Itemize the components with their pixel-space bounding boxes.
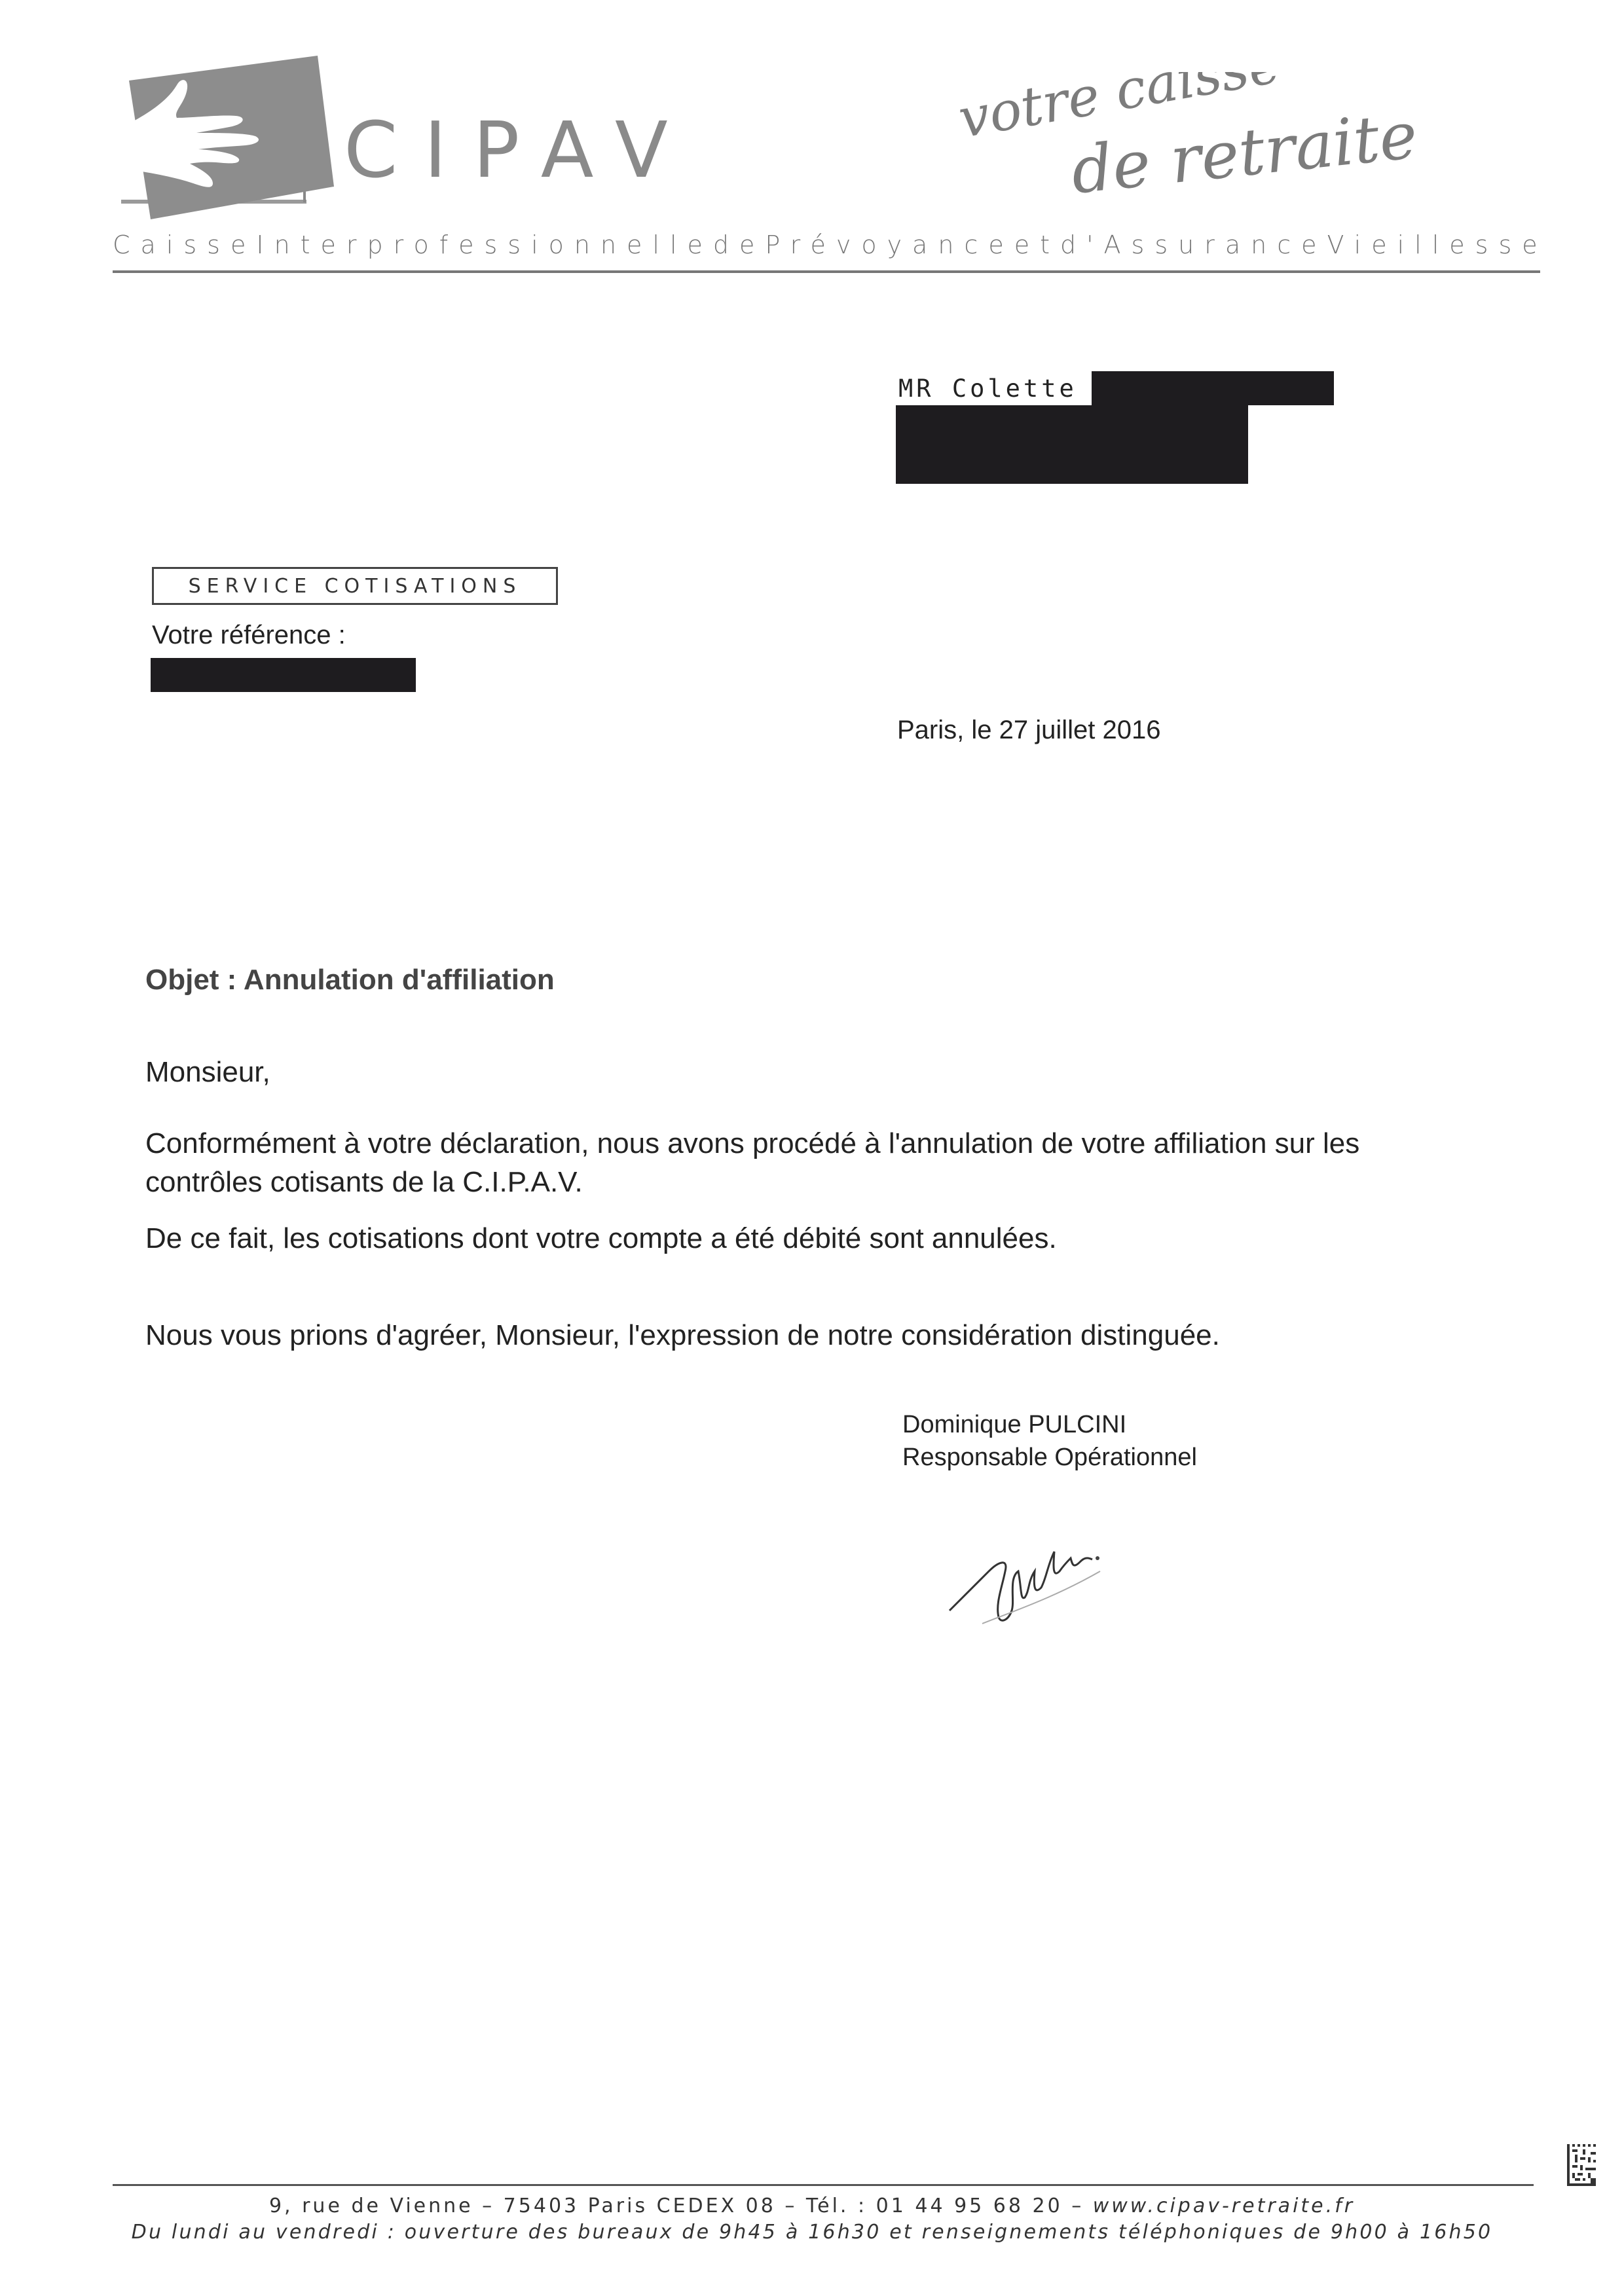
letter-subject: Objet : Annulation d'affiliation	[145, 964, 555, 996]
letter-closing: Nous vous prions d'agréer, Monsieur, l'e…	[145, 1321, 1220, 1350]
letter-salutation: Monsieur,	[145, 1058, 270, 1087]
letter-date: Paris, le 27 juillet 2016	[897, 716, 1160, 745]
footer-hours: Du lundi au vendredi : ouverture des bur…	[0, 2221, 1624, 2244]
reference-label: Votre référence :	[152, 621, 346, 650]
org-word: Prévoyance	[765, 230, 1014, 259]
service-label-box: SERVICE COTISATIONS	[152, 567, 558, 605]
paragraph-1-line-1: Conformément à votre déclaration, nous a…	[145, 1124, 1553, 1163]
org-word: de	[713, 230, 766, 259]
signatory-title: Responsable Opérationnel	[902, 1444, 1197, 1472]
redaction-reference	[151, 658, 416, 692]
recipient-name: MR Colette	[898, 376, 1077, 401]
footer-contact: 9, rue de Vienne – 75403 Paris CEDEX 08 …	[0, 2195, 1624, 2217]
signatory-name: Dominique PULCINI	[902, 1411, 1126, 1439]
redaction-recipient-address	[896, 405, 1248, 484]
footer-address: 9, rue de Vienne – 75403 Paris CEDEX 08 …	[269, 2195, 1093, 2217]
cipav-logo-hand-icon	[121, 56, 370, 232]
org-word: et	[1014, 230, 1060, 259]
org-word: Vieillesse	[1327, 230, 1548, 259]
slogan-handwriting: votre caisse de retraite	[943, 72, 1480, 210]
footer-website-link[interactable]: www.cipav-retraite.fr	[1093, 2195, 1355, 2217]
org-word: Caisse	[113, 230, 256, 259]
service-label: SERVICE COTISATIONS	[189, 575, 522, 598]
org-word: Interprofessionnelle	[256, 230, 713, 259]
letter-paragraph-1: Conformément à votre déclaration, nous a…	[145, 1124, 1553, 1201]
paragraph-1-line-2: contrôles cotisants de la C.I.P.A.V.	[145, 1163, 1553, 1201]
footer-divider	[113, 2184, 1534, 2186]
organization-full-name: Caisse Interprofessionnelle de Prévoyanc…	[113, 230, 1540, 259]
brand-name: CIPAV	[344, 111, 694, 189]
header-divider	[113, 270, 1540, 273]
redaction-recipient-surname	[1092, 371, 1334, 405]
handwritten-signature	[943, 1525, 1126, 1630]
datamatrix-barcode-icon	[1567, 2144, 1596, 2186]
letter-paragraph-2: De ce fait, les cotisations dont votre c…	[145, 1224, 1057, 1253]
org-word: d'Assurance	[1060, 230, 1327, 259]
